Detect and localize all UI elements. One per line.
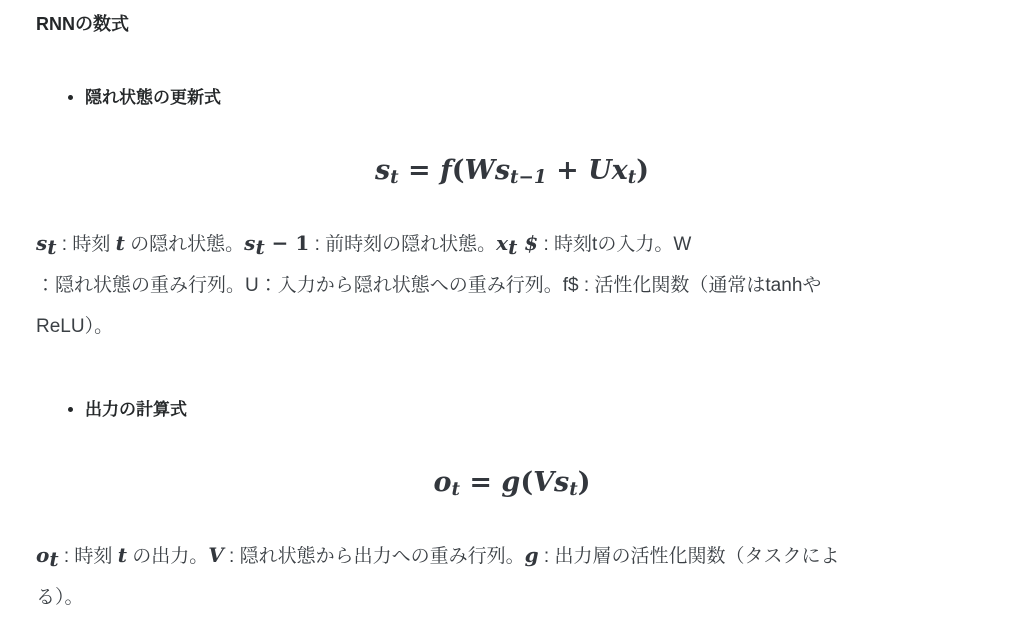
list-item-label: 出力の計算式 <box>85 400 187 419</box>
display-formula-hidden-state: st = f(Wst−1 + Uxt) <box>36 152 988 189</box>
list-item-hidden-state-update: 隠れ状態の更新式 <box>85 87 988 108</box>
bullet-list-output: 出力の計算式 <box>36 399 988 420</box>
document-content: RNNの数式 隠れ状態の更新式 st = f(Wst−1 + Uxt) st :… <box>0 0 1024 617</box>
paragraph-output-notation: ot : 時刻 t の出力。V : 隠れ状態から出力への重み行列。g : 出力層… <box>36 535 988 617</box>
page-title: RNNの数式 <box>36 13 988 35</box>
paragraph-hidden-state-notation: st : 時刻 t の隠れ状態。st − 1 : 前時刻の隠れ状態。xt $ :… <box>36 223 988 347</box>
bullet-list-hidden-state: 隠れ状態の更新式 <box>36 87 988 108</box>
list-item-output-formula: 出力の計算式 <box>85 399 988 420</box>
list-item-label: 隠れ状態の更新式 <box>85 88 221 107</box>
display-formula-output: ot = g(Vst) <box>36 464 988 501</box>
